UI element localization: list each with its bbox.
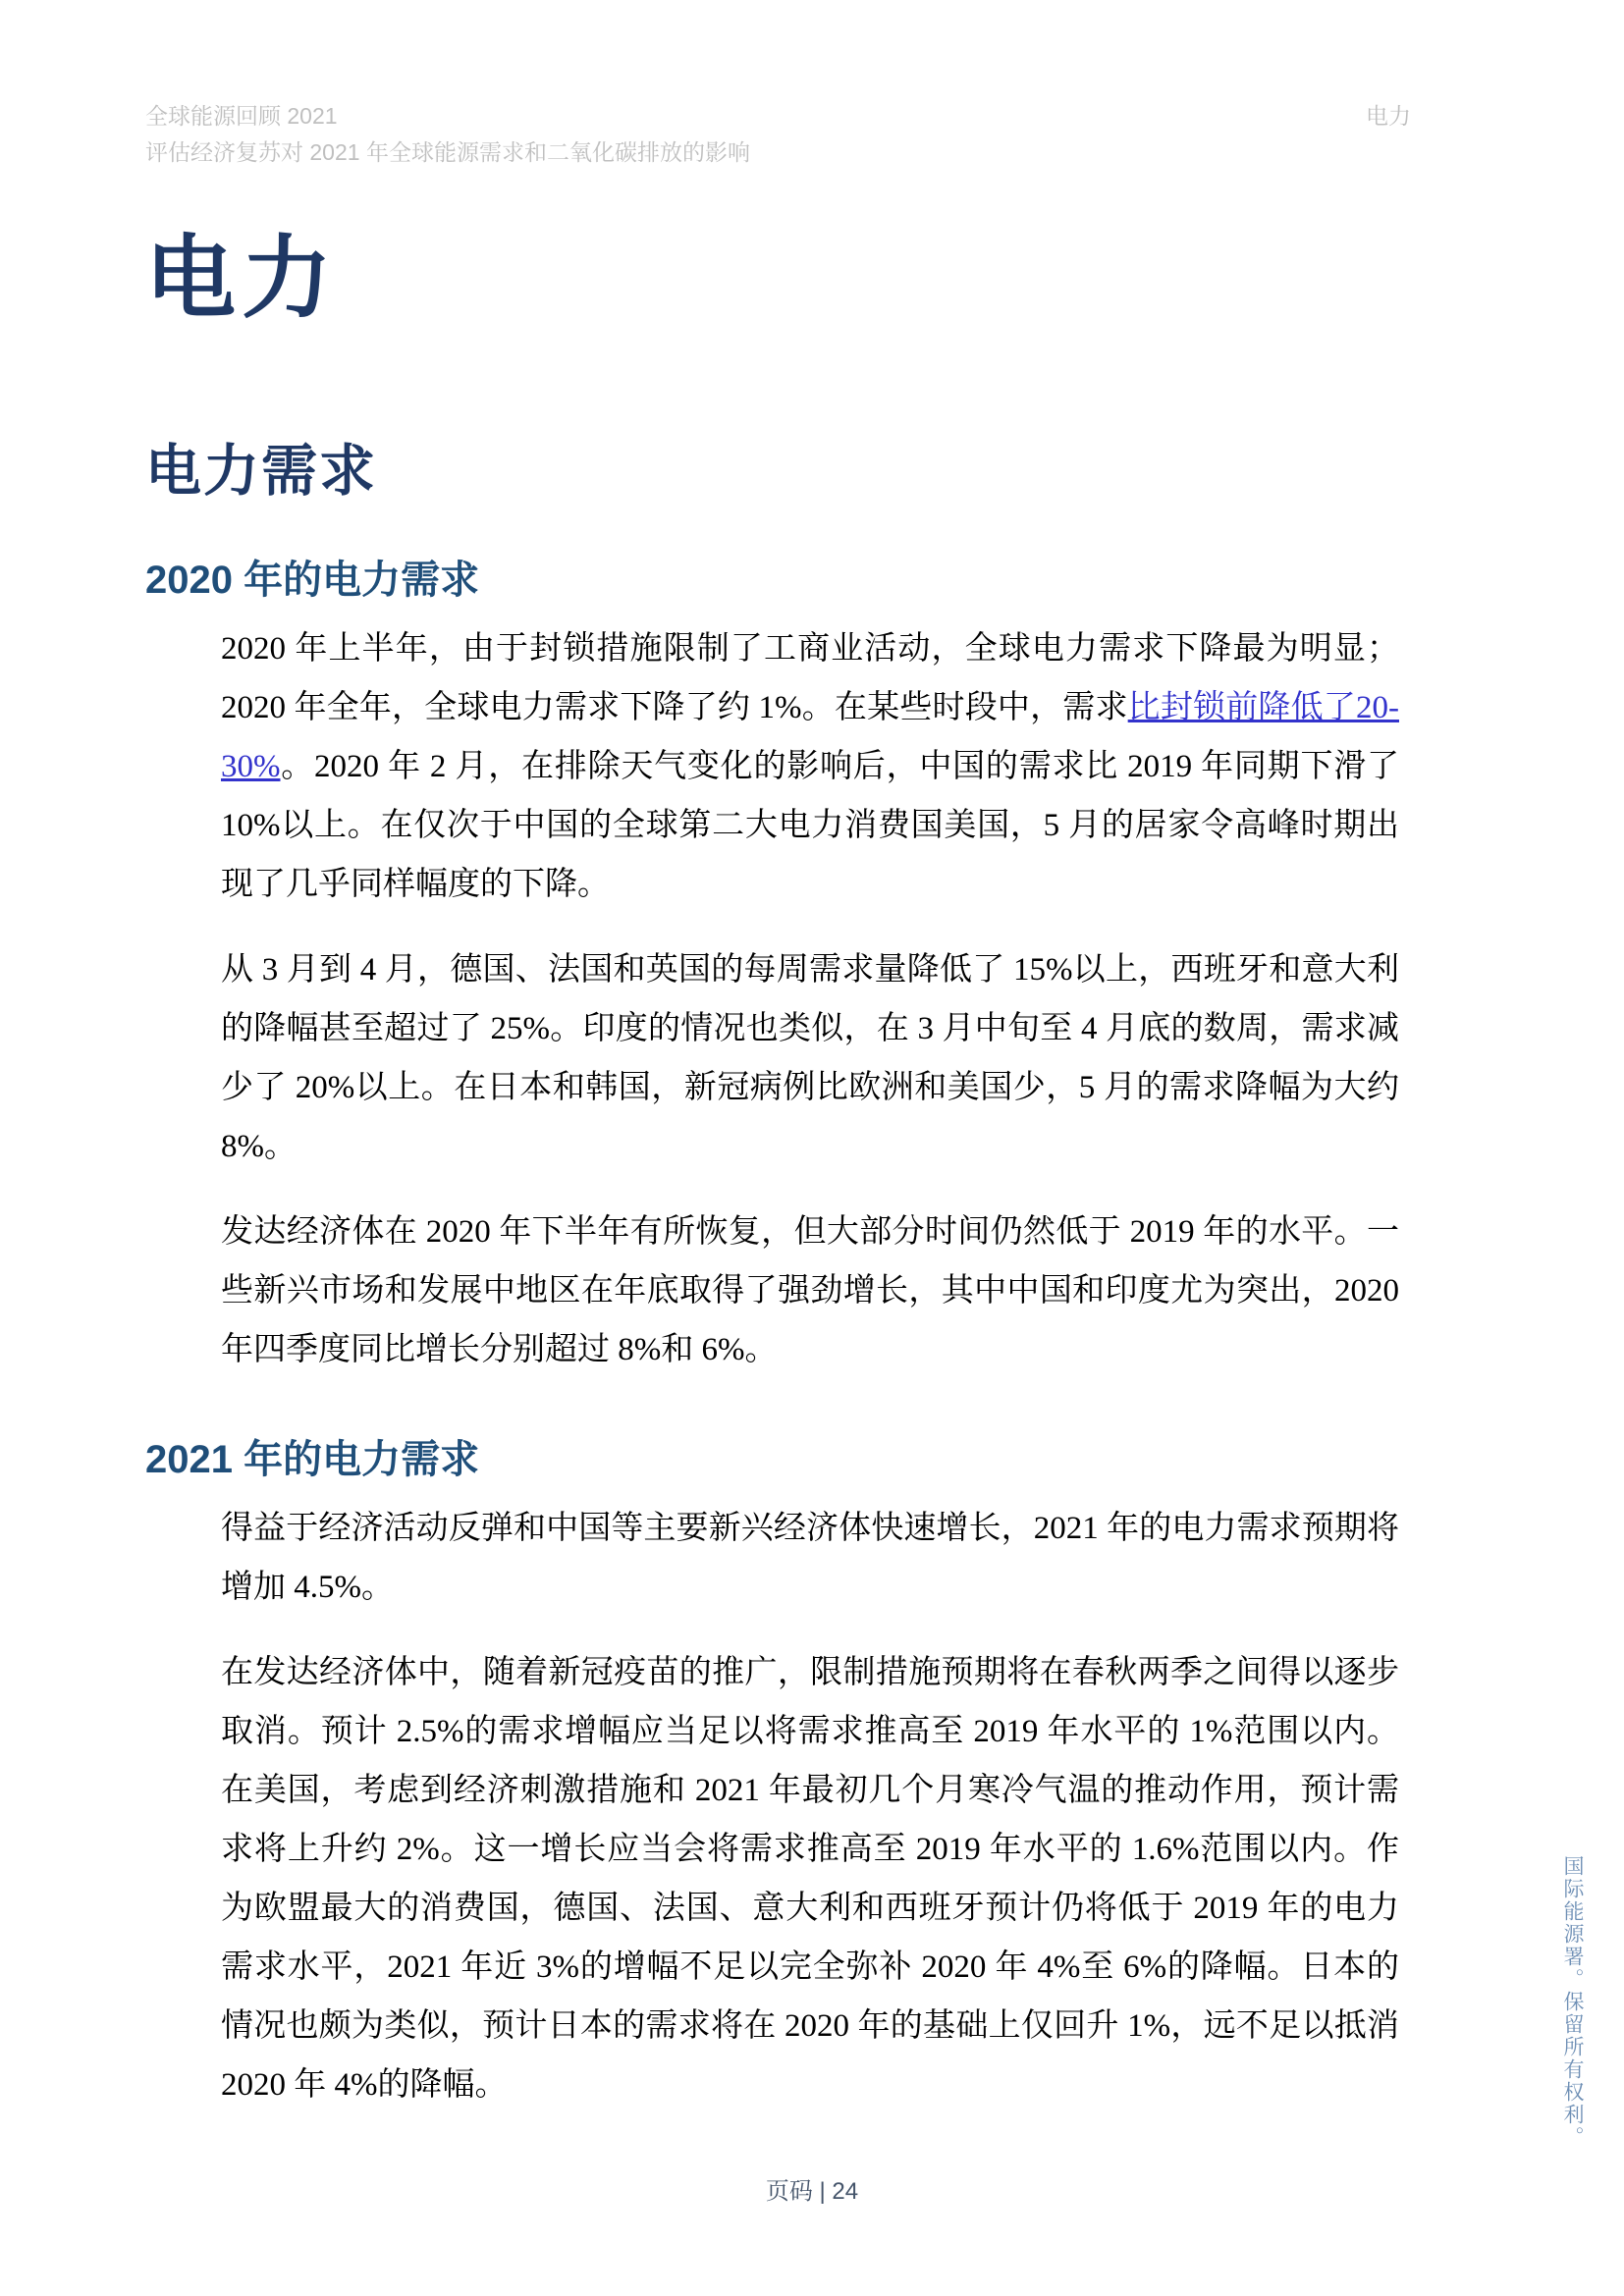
copyright-vertical-note: 国际能源署。保留所有权利。 bbox=[1557, 1855, 1587, 2149]
header-doc-title: 全球能源回顾 2021 bbox=[145, 98, 750, 134]
header-chapter-label: 电力 bbox=[1366, 98, 1411, 134]
paragraph-2020-1: 2020 年上半年，由于封锁措施限制了工商业活动，全球电力需求下降最为明显；20… bbox=[221, 619, 1399, 914]
page-number-label: 页码 | 24 bbox=[766, 2178, 858, 2205]
paragraph-2021-2: 在发达经济体中，随着新冠疫苗的推广，限制措施预期将在春秋两季之间得以逐步取消。预… bbox=[221, 1643, 1399, 2114]
chapter-title: 电力 bbox=[145, 234, 1624, 324]
paragraph-2020-3: 发达经济体在 2020 年下半年有所恢复，但大部分时间仍然低于 2019 年的水… bbox=[221, 1202, 1399, 1379]
document-page: 全球能源回顾 2021 评估经济复苏对 2021 年全球能源需求和二氧化碳排放的… bbox=[0, 0, 1624, 2296]
paragraph-2021-1: 得益于经济活动反弹和中国等主要新兴经济体快速增长，2021 年的电力需求预期将增… bbox=[221, 1499, 1399, 1617]
paragraph-2020-2: 从 3 月到 4 月，德国、法国和英国的每周需求量降低了 15%以上，西班牙和意… bbox=[221, 940, 1399, 1176]
page-number: 页码 | 24 bbox=[0, 2171, 1624, 2206]
page-header: 全球能源回顾 2021 评估经济复苏对 2021 年全球能源需求和二氧化碳排放的… bbox=[0, 0, 1624, 171]
header-left: 全球能源回顾 2021 评估经济复苏对 2021 年全球能源需求和二氧化碳排放的… bbox=[145, 98, 750, 171]
subsection-heading-2021: 2021 年的电力需求 bbox=[145, 1440, 1624, 1479]
paragraph-text: 。2020 年 2 月，在排除天气变化的影响后，中国的需求比 2019 年同期下… bbox=[221, 749, 1399, 902]
section-title: 电力需求 bbox=[145, 444, 1624, 500]
subsection-heading-2020: 2020 年的电力需求 bbox=[145, 561, 1624, 600]
header-doc-subtitle: 评估经济复苏对 2021 年全球能源需求和二氧化碳排放的影响 bbox=[145, 134, 750, 171]
